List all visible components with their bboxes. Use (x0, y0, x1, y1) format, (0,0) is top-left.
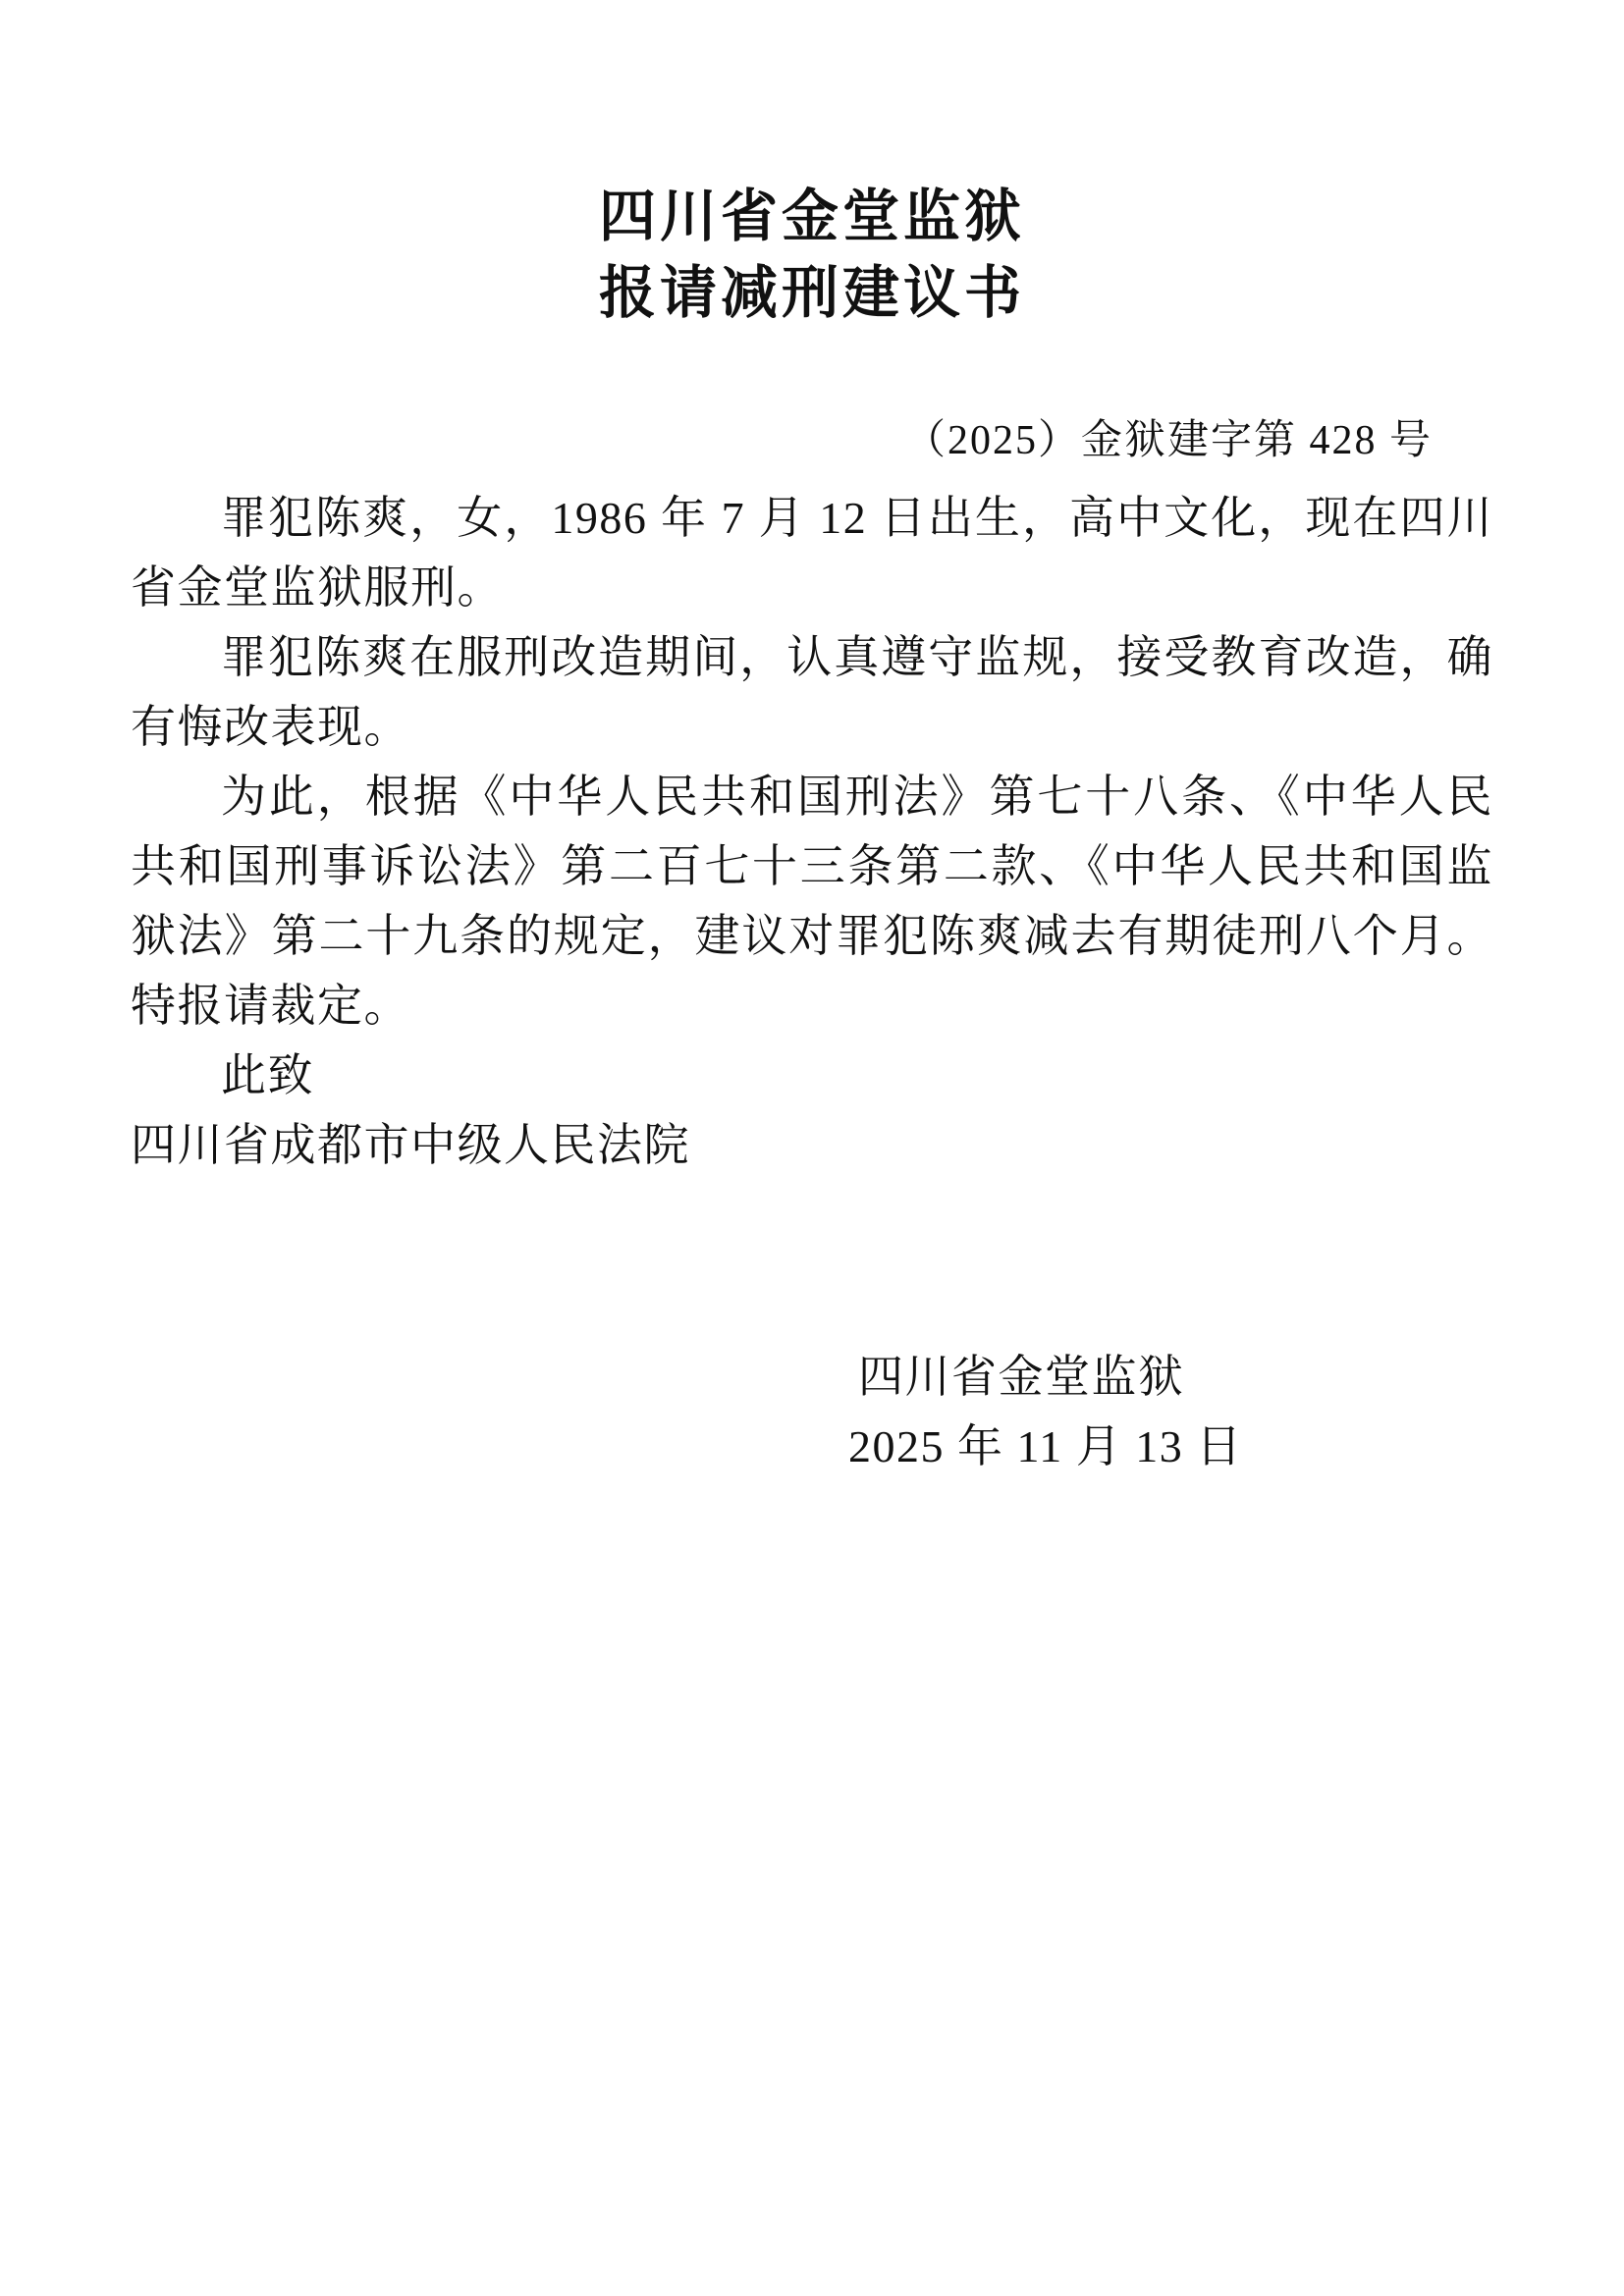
document-number: （2025）金狱建字第 428 号 (131, 416, 1493, 465)
signature-block: 四川省金堂监狱 2025 年 11 月 13 日 (848, 1342, 1243, 1481)
signature-org-name: 四川省金堂监狱 (848, 1342, 1243, 1412)
paragraph-offender-info: 罪犯陈爽，女，1986 年 7 月 12 日出生，高中文化，现在四川省金堂监狱服… (131, 483, 1493, 622)
document-page: 四川省金堂监狱 报请减刑建议书 （2025）金狱建字第 428 号 罪犯陈爽，女… (0, 0, 1624, 2296)
document-title: 四川省金堂监狱 报请减刑建议书 (131, 179, 1493, 332)
title-line-document-type: 报请减刑建议书 (131, 255, 1493, 332)
paragraph-behavior-assessment: 罪犯陈爽在服刑改造期间，认真遵守监规，接受教育改造，确有悔改表现。 (131, 622, 1493, 762)
title-line-prison-name: 四川省金堂监狱 (131, 179, 1493, 255)
paragraph-legal-basis-recommendation: 为此，根据《中华人民共和国刑法》第七十八条、《中华人民共和国刑事诉讼法》第二百七… (131, 762, 1493, 1041)
closing-recipient-court: 四川省成都市中级人民法院 (131, 1110, 1493, 1180)
signature-date: 2025 年 11 月 13 日 (848, 1412, 1243, 1481)
closing-salute: 此致 (131, 1041, 1493, 1110)
